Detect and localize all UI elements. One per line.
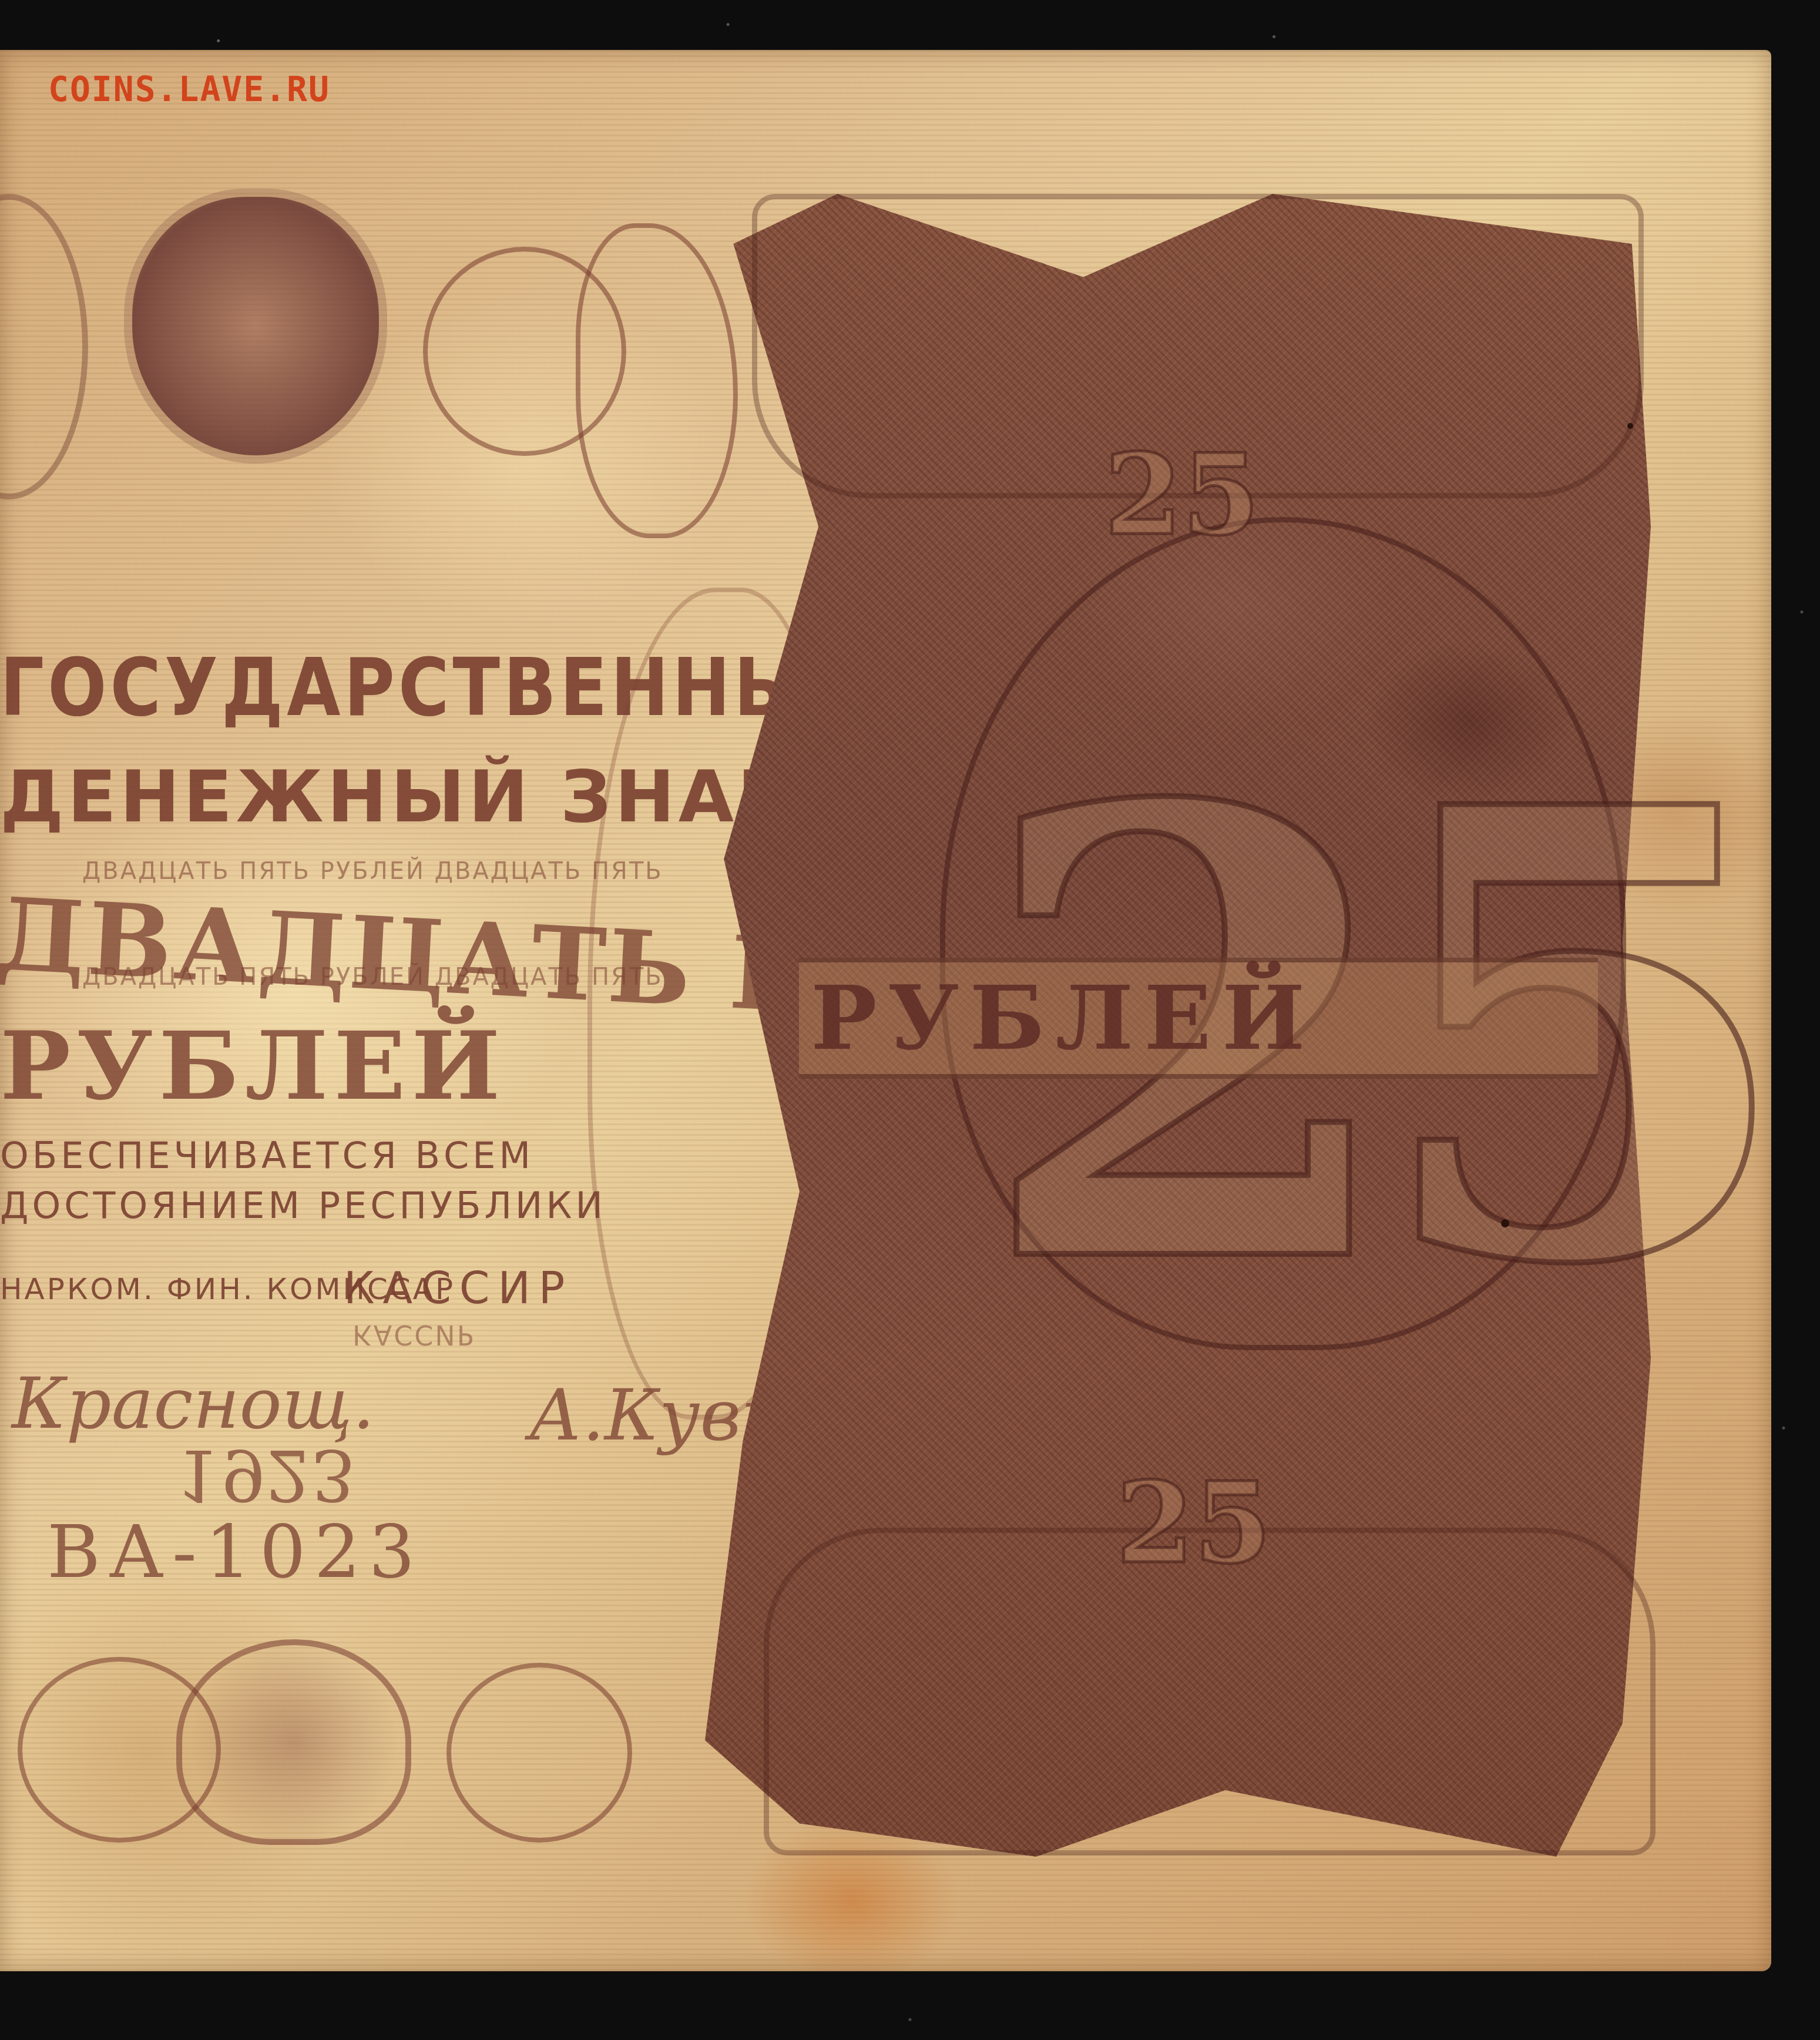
serial-number: ВА-1023: [47, 1510, 424, 1595]
money-sign-line: ДЕНЕЖНЫЙ ЗНАК: [0, 755, 800, 838]
microprint-line: ДВАДЦАТЬ ПЯТЬ РУБЛЕЙ ДВАДЦАТЬ ПЯТЬ: [82, 964, 663, 991]
backing-line-1: ОБЕСПЕЧИВАЕТСЯ ВСЕМ: [0, 1134, 534, 1177]
corner-numeral-bottom: 25: [1116, 1457, 1271, 1588]
microprint-line: ДВАДЦАТЬ ПЯТЬ РУБЛЕЙ ДВАДЦАТЬ ПЯТЬ: [82, 858, 663, 885]
scroll-ornament: [446, 1663, 632, 1843]
scroll-ornament: [18, 1657, 221, 1843]
state-line: ГОСУДАРСТВЕННЫЙ: [0, 640, 871, 734]
panel-currency-word: РУБЛЕЙ: [811, 967, 1315, 1070]
signatory-cashier-title: КАССИР: [344, 1263, 573, 1314]
ink-spot: [1501, 1219, 1509, 1227]
currency-word: РУБЛЕЙ: [0, 1011, 506, 1121]
corner-numeral-top: 25: [1104, 429, 1260, 560]
state-emblem: [132, 197, 379, 455]
backing-line-2: ДОСТОЯНИЕМ РЕСПУБЛИКИ: [0, 1184, 606, 1227]
cashier-title-mirror: КАССИР: [352, 1319, 475, 1351]
signature-commissar: Краснощ.: [12, 1363, 375, 1445]
year-mirrored: 1923: [176, 1434, 355, 1515]
site-watermark: COINS.LAVE.RU: [48, 69, 330, 109]
ink-spot: [1627, 423, 1633, 429]
